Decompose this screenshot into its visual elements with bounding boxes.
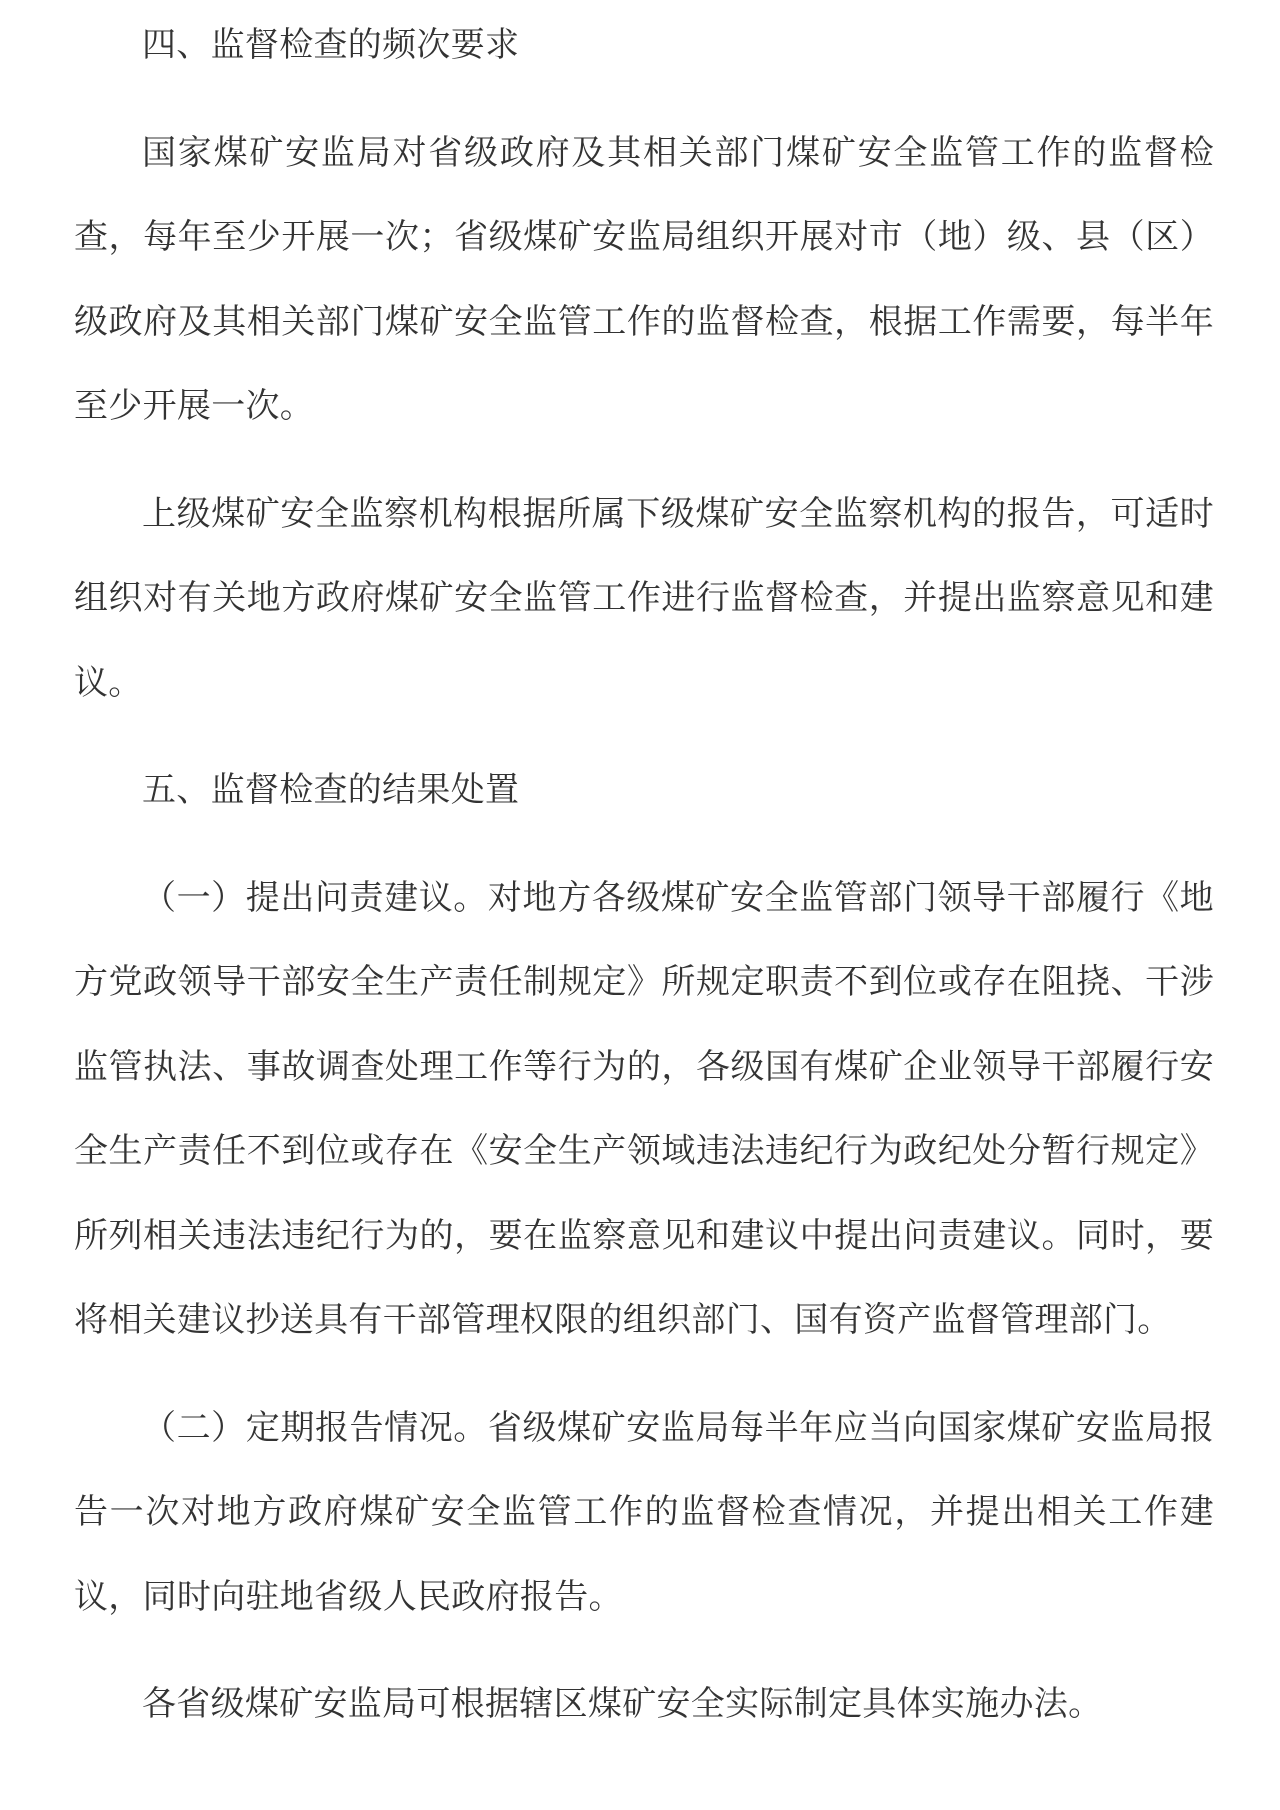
- paragraph-inspection-frequency-superior: 上级煤矿安全监察机构根据所属下级煤矿安全监察机构的报告，可适时组织对有关地方政府…: [74, 472, 1214, 726]
- document-body: 四、监督检查的频次要求 国家煤矿安监局对省级政府及其相关部门煤矿安全监管工作的监…: [74, 3, 1214, 1770]
- paragraph-implementation-measures: 各省级煤矿安监局可根据辖区煤矿安全实际制定具体实施办法。: [74, 1662, 1214, 1747]
- paragraph-periodic-reporting: （二）定期报告情况。省级煤矿安监局每半年应当向国家煤矿安监局报告一次对地方政府煤…: [74, 1386, 1214, 1640]
- section-heading-5: 五、监督检查的结果处置: [74, 748, 1214, 833]
- section-heading-4: 四、监督检查的频次要求: [74, 3, 1214, 88]
- paragraph-inspection-frequency-national: 国家煤矿安监局对省级政府及其相关部门煤矿安全监管工作的监督检查，每年至少开展一次…: [74, 111, 1214, 449]
- paragraph-accountability-suggestions: （一）提出问责建议。对地方各级煤矿安全监管部门领导干部履行《地方党政领导干部安全…: [74, 856, 1214, 1363]
